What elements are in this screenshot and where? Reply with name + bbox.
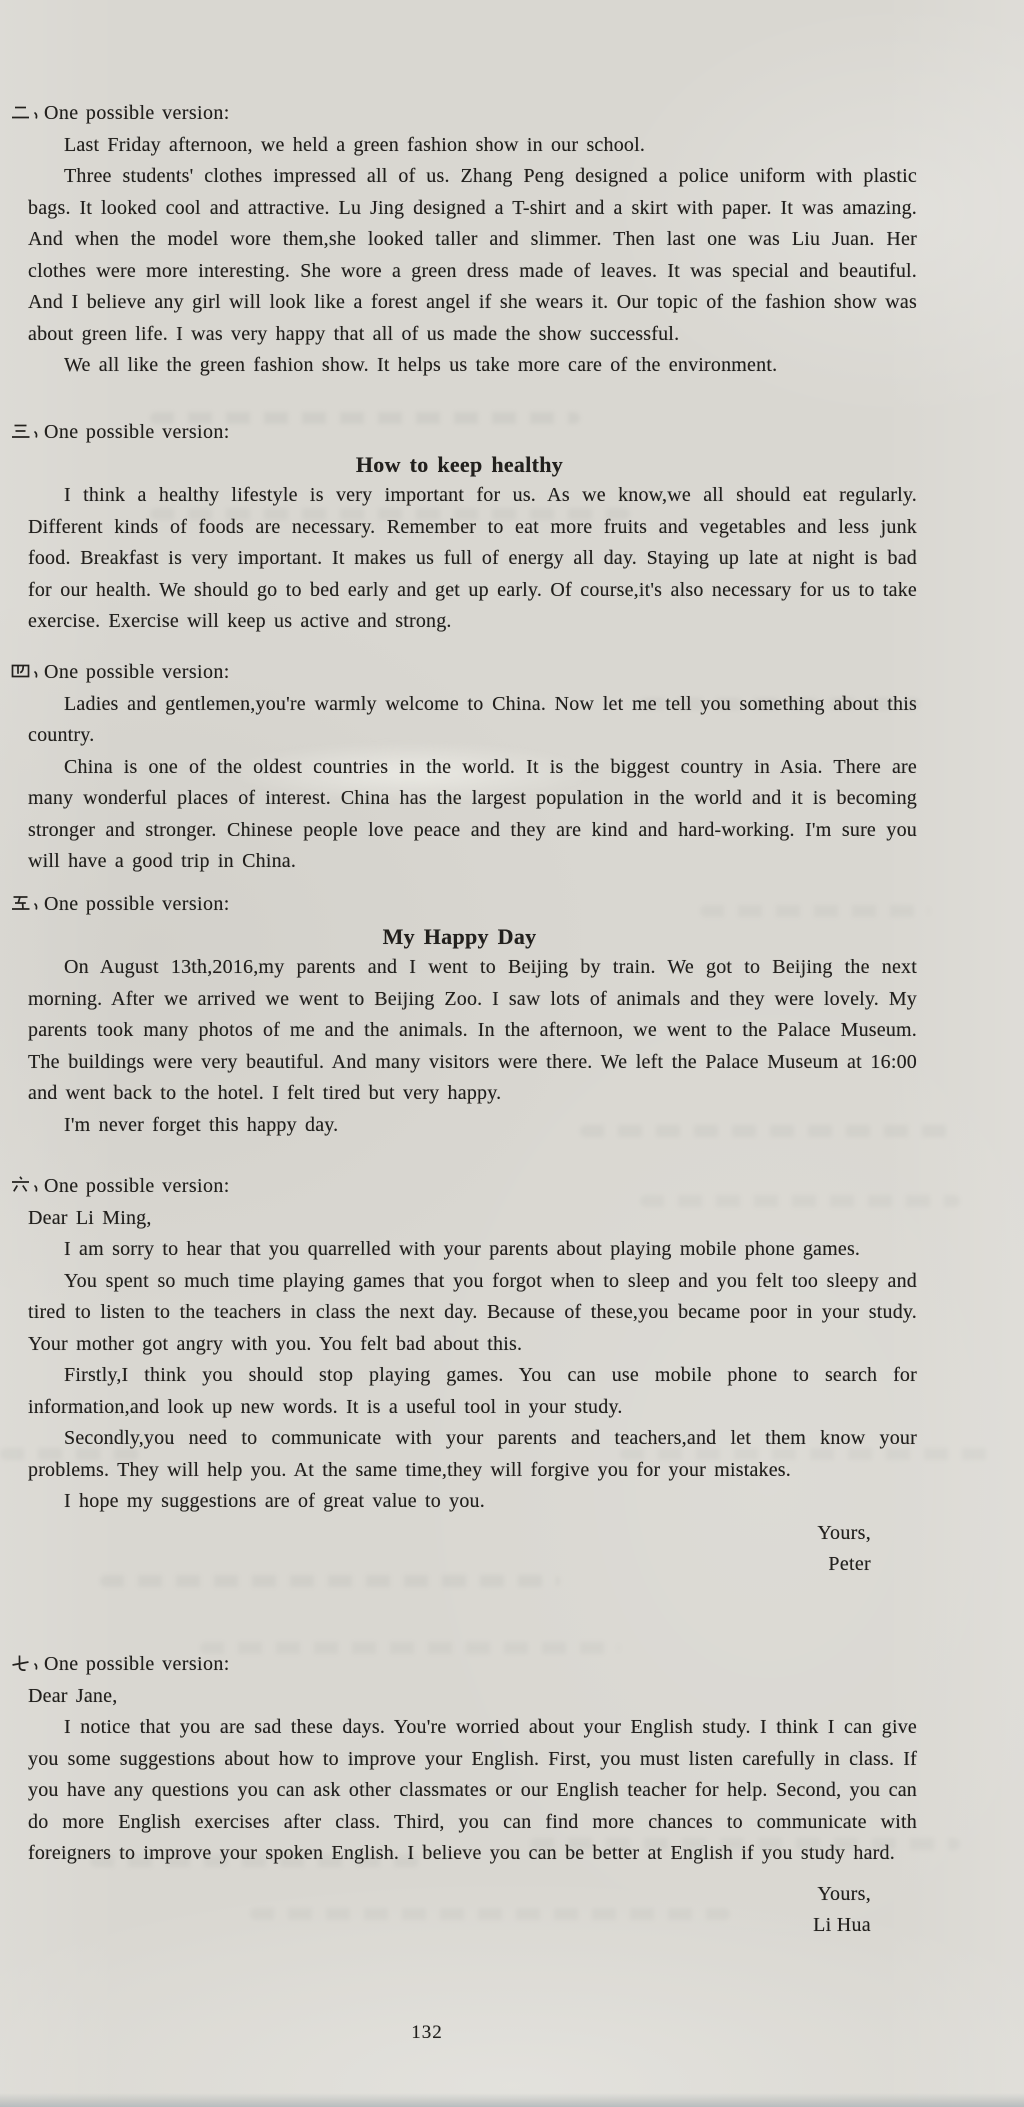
closing-signature: Li Hua <box>28 1910 871 1942</box>
page-number: 132 <box>377 2022 477 2044</box>
letter-paragraph: I hope my suggestions are of great value… <box>28 1486 917 1518</box>
essay-paragraph: I'm never forget this happy day. <box>28 1110 917 1142</box>
essay-paragraph: I think a healthy lifestyle is very impo… <box>28 480 917 638</box>
page-bottom-edge <box>0 2093 1024 2107</box>
closing-yours: Yours, <box>28 1879 871 1911</box>
section-7-label: One possible version: <box>44 1653 230 1675</box>
section-3-label: One possible version: <box>44 421 230 443</box>
letter-paragraph: Firstly,I think you should stop playing … <box>28 1360 917 1423</box>
essay-title: How to keep healthy <box>28 449 917 481</box>
closing-yours: Yours, <box>28 1518 871 1550</box>
letter-closing: Yours, Li Hua <box>28 1879 917 1942</box>
section-6: One possible version: Dear Li Ming, I am… <box>28 1171 917 1581</box>
section-4-header: One possible version: <box>8 657 917 689</box>
chinese-numeral-five-icon <box>8 892 44 914</box>
section-7-header: One possible version: <box>8 1649 917 1681</box>
chinese-numeral-six-icon <box>8 1174 44 1196</box>
essay-paragraph: Three students' clothes impressed all of… <box>28 161 917 350</box>
section-6-label: One possible version: <box>44 1175 230 1197</box>
chinese-numeral-two-icon <box>8 101 44 123</box>
section-2-header: One possible version: <box>8 98 917 130</box>
section-3-header: One possible version: <box>8 417 917 449</box>
essay-title: My Happy Day <box>28 921 917 953</box>
section-7: One possible version: Dear Jane, I notic… <box>28 1649 917 1942</box>
section-2-label: One possible version: <box>44 102 230 124</box>
letter-paragraph: I notice that you are sad these days. Yo… <box>28 1712 917 1870</box>
section-6-header: One possible version: <box>8 1171 917 1203</box>
section-4-label: One possible version: <box>44 661 230 683</box>
letter-paragraph: Secondly,you need to communicate with yo… <box>28 1423 917 1486</box>
essay-paragraph: China is one of the oldest countries in … <box>28 752 917 878</box>
section-5-header: One possible version: <box>8 889 917 921</box>
section-3: One possible version: How to keep health… <box>28 417 917 638</box>
letter-salutation: Dear Jane, <box>28 1681 917 1713</box>
chinese-numeral-three-icon <box>8 420 44 442</box>
chinese-numeral-four-icon <box>8 660 44 682</box>
chinese-numeral-seven-icon <box>8 1652 44 1674</box>
letter-paragraph: I am sorry to hear that you quarrelled w… <box>28 1234 917 1266</box>
essay-paragraph: We all like the green fashion show. It h… <box>28 350 917 382</box>
closing-signature: Peter <box>28 1549 871 1581</box>
essay-paragraph: On August 13th,2016,my parents and I wen… <box>28 952 917 1110</box>
essay-paragraph: Ladies and gentlemen,you're warmly welco… <box>28 689 917 752</box>
letter-salutation: Dear Li Ming, <box>28 1203 917 1235</box>
essay-paragraph: Last Friday afternoon, we held a green f… <box>28 130 917 162</box>
section-5: One possible version: My Happy Day On Au… <box>28 889 917 1141</box>
scanned-workbook-page: { "page": { "number": "132" }, "colors":… <box>0 0 1024 2107</box>
section-2: One possible version: Last Friday aftern… <box>28 98 917 382</box>
section-4: One possible version: Ladies and gentlem… <box>28 657 917 878</box>
section-5-label: One possible version: <box>44 893 230 915</box>
letter-closing: Yours, Peter <box>28 1518 917 1581</box>
letter-paragraph: You spent so much time playing games tha… <box>28 1266 917 1361</box>
